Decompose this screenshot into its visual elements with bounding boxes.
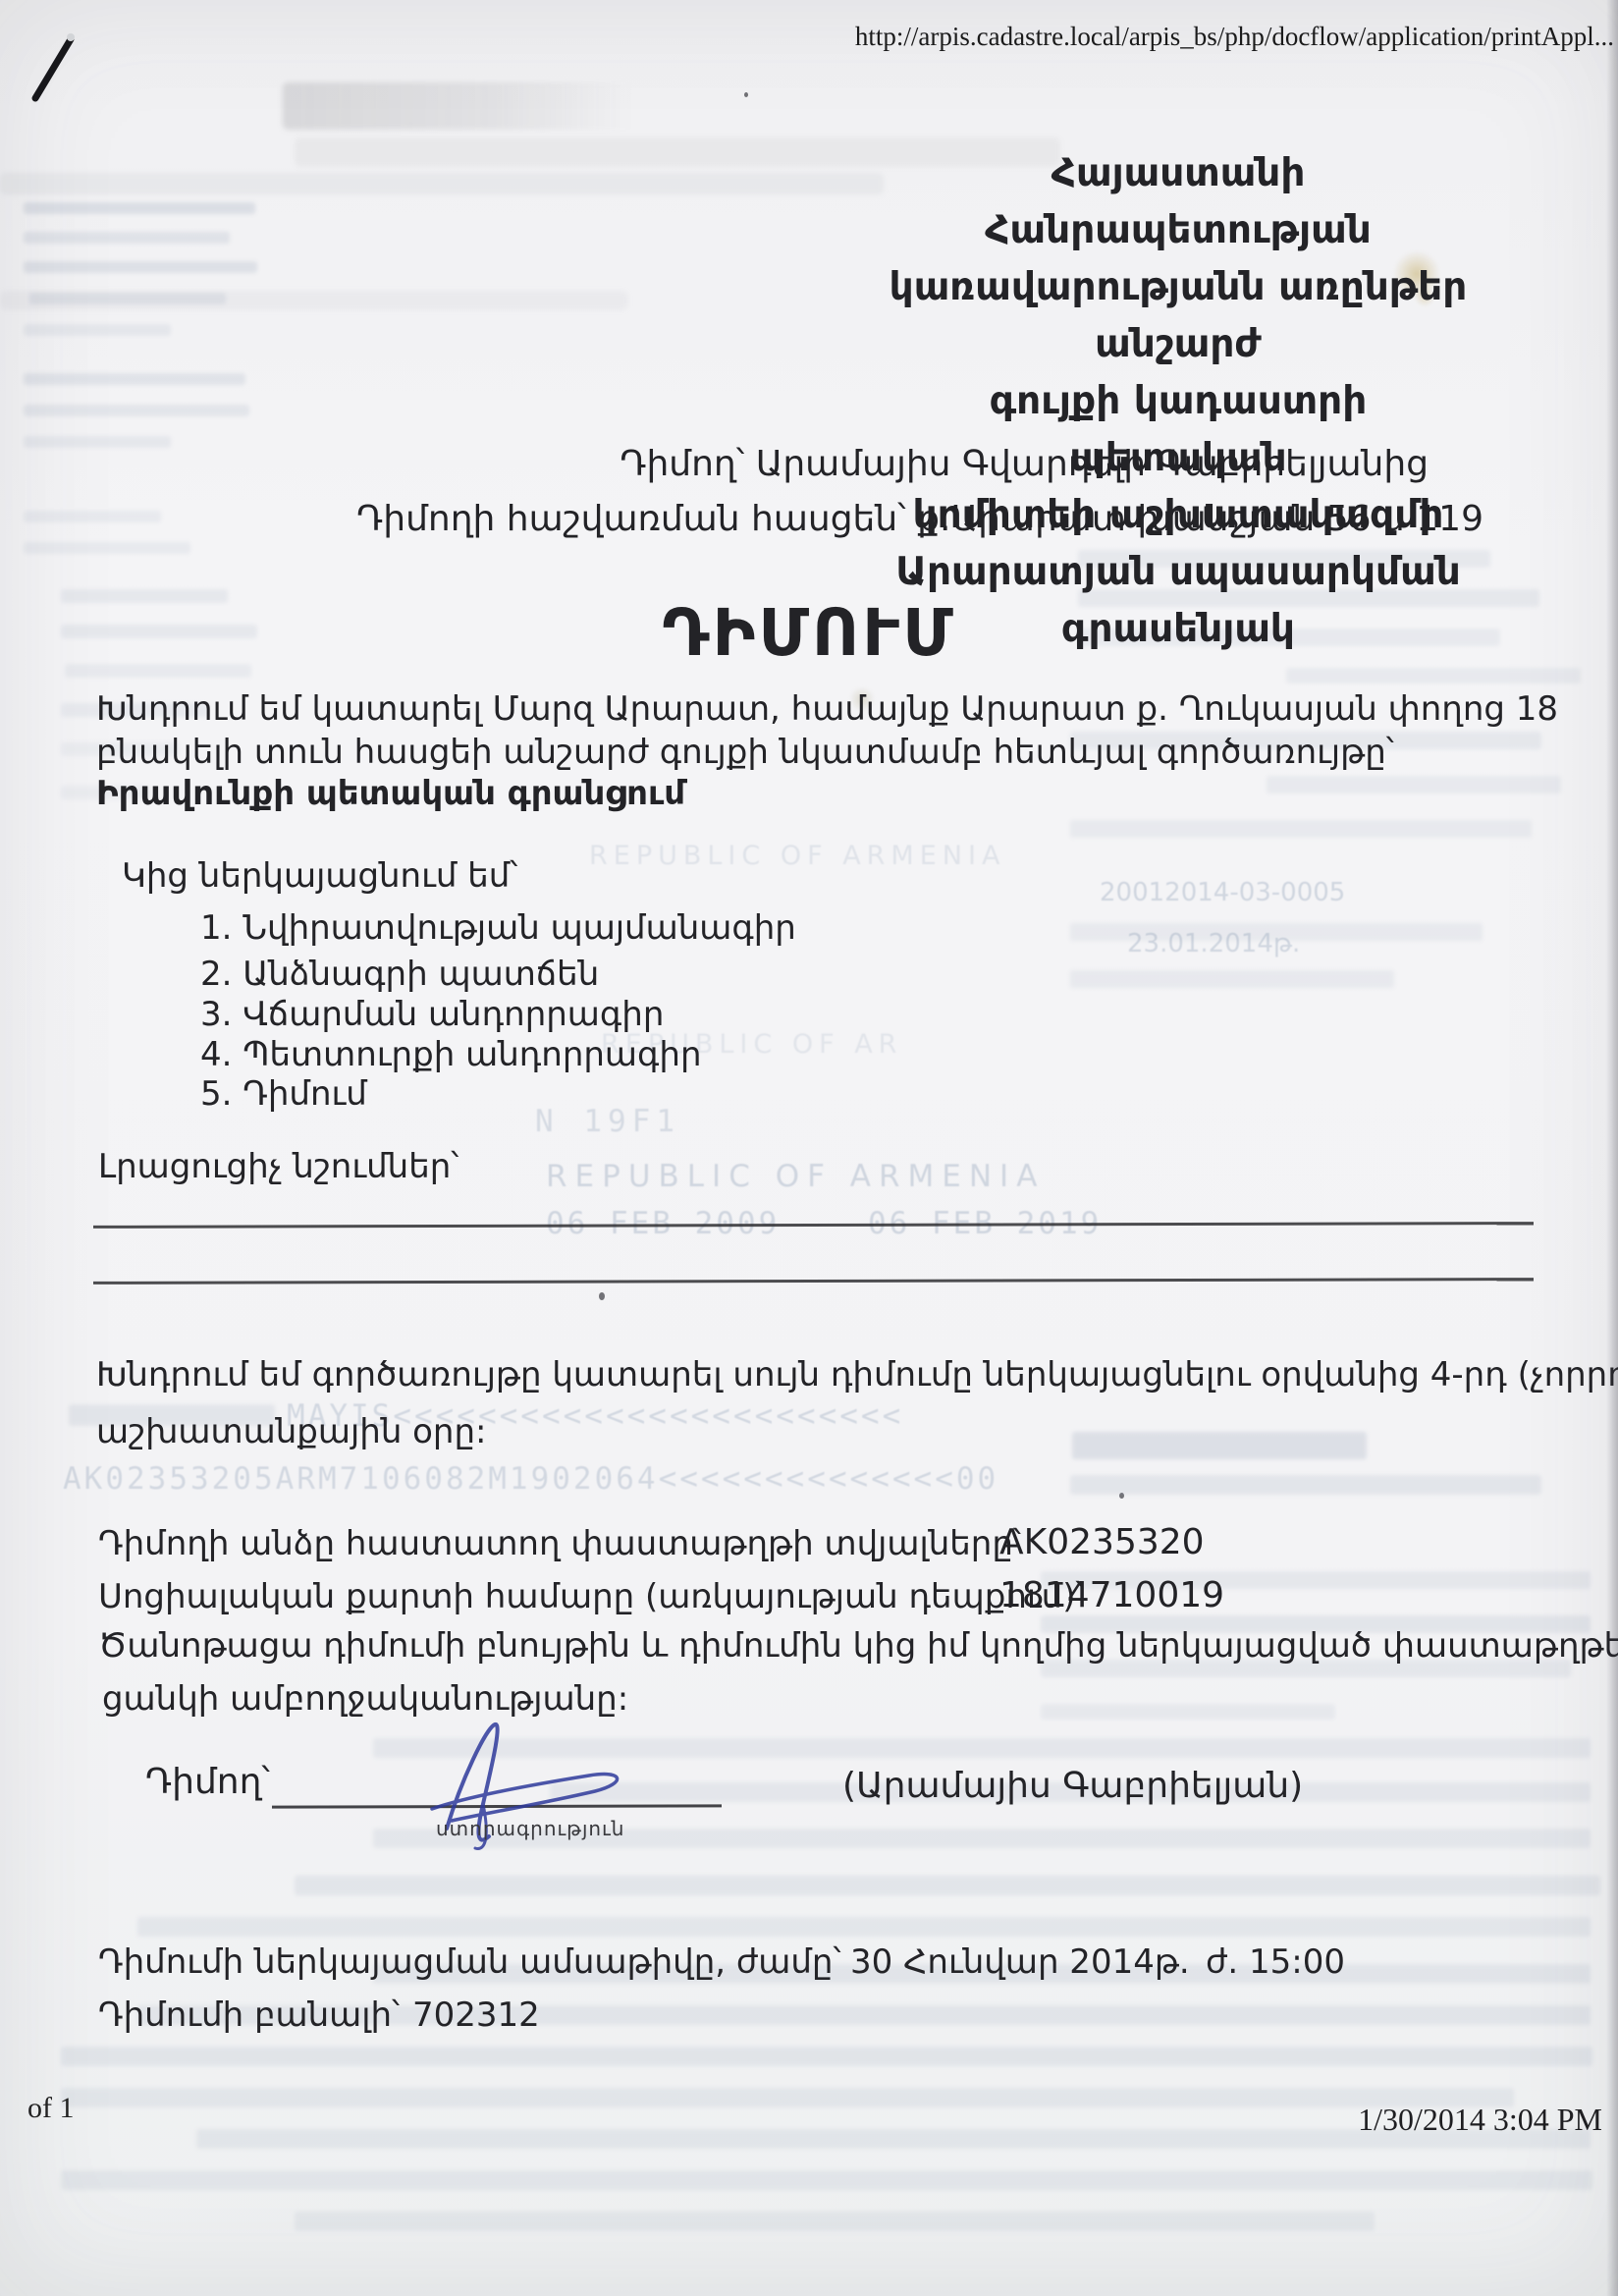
bleed-smudge-line <box>295 2212 1375 2231</box>
attachment-item: 2. Անձնագրի պատճեն <box>200 955 599 994</box>
social-card-label: Սոցիալական քարտի համարը (առկայության դեպ… <box>98 1577 1084 1616</box>
bleed-smudge-line <box>61 2047 1592 2066</box>
applicant-line: Դիմող՝ Արամայիս Գվարդելի Գաբրիելյանից <box>620 444 1429 484</box>
request-line-2: բնակելի տուն հասցեի անշարժ գույքի նկատմա… <box>96 733 1394 772</box>
bleed-mrz-line2: AK02353205ARM7106082M1902064<<<<<<<<<<<<… <box>63 1461 998 1497</box>
pen-mark <box>24 29 92 108</box>
notes-line-2 <box>93 1278 1534 1285</box>
bleed-smudge-line <box>24 542 190 554</box>
signature-caption: ստորագրություն <box>436 1817 624 1840</box>
bleed-smudge-line <box>24 232 230 244</box>
document-title: ԴԻՄՈՒՄ <box>0 595 1618 671</box>
scan-band <box>0 173 884 194</box>
print-footer-page: of 1 <box>27 2092 75 2125</box>
scan-speck <box>599 1292 605 1300</box>
bleed-smudge-line <box>24 373 245 385</box>
bleed-smudge-line <box>61 2088 1514 2107</box>
print-footer-datetime: 1/30/2014 3:04 PM <box>1358 2102 1602 2138</box>
bleed-smudge-line <box>24 436 171 448</box>
bleed-underlined-heading <box>1072 1432 1367 1459</box>
attachment-item: 1. Նվիրատվության պայմանագիր <box>200 908 796 948</box>
id-document-value: AK0235320 <box>999 1522 1205 1562</box>
application-key-value: 702312 <box>412 1995 540 2035</box>
bleed-smudge-line <box>24 324 171 336</box>
bleed-smudge-line <box>295 1876 1600 1895</box>
operation-name: Իրավունքի պետական գրանցում <box>96 774 685 813</box>
scanned-application-document: REPUBLIC OF ARMENIA REPUBLIC OF AR N 19F… <box>0 0 1618 2296</box>
bleed-smudge-line <box>1267 776 1561 793</box>
attachments-intro: Կից ներկայացնում եմ՝ <box>122 856 517 896</box>
print-url: http://arpis.cadastre.local/arpis_bs/php… <box>855 22 1614 52</box>
signature-name: (Արամայիս Գաբրիելյան) <box>842 1766 1303 1806</box>
attachment-item: 5. Դիմում <box>200 1074 367 1114</box>
bleed-ref-number: 20012014-03-0005 <box>1100 878 1345 907</box>
signature-label: Դիմող՝ <box>145 1762 270 1802</box>
scan-edge-shadow <box>1606 0 1618 2296</box>
application-key-label: Դիմումի բանալի՝ <box>98 1995 400 2035</box>
scan-band <box>283 82 634 130</box>
request-line-1: Խնդրում եմ կատարել Մարզ Արարատ, համայնք … <box>96 689 1558 729</box>
acknowledgement-line-1: Ծանոթացա դիմումի բնույթին և դիմումին կից… <box>98 1626 1618 1666</box>
submission-date-value: 30 Հունվար 2014թ. <box>850 1942 1190 1982</box>
bleed-smudge-line <box>1070 1475 1541 1495</box>
submission-time-value: ժ. 15:00 <box>1206 1942 1345 1982</box>
bleed-smudge-line <box>1041 1704 1335 1720</box>
bleed-smudge-line <box>61 2170 1592 2190</box>
bleed-smudge-line <box>1070 820 1532 838</box>
bleed-smudge-line <box>29 293 226 304</box>
deadline-line-2: աշխատանքային օրը: <box>96 1412 486 1451</box>
deadline-line-1: Խնդրում եմ գործառույթը կատարել սույն դիմ… <box>96 1355 1618 1394</box>
bleed-smudge-line <box>1070 970 1394 988</box>
notes-line-1 <box>93 1222 1534 1229</box>
applicant-address-line: Դիմողի հաշվառման հասցեն՝ ք.Արարատ խանջյա… <box>356 499 1483 539</box>
notes-label: Լրացուցիչ նշումներ՝ <box>98 1147 458 1186</box>
attachment-item: 3. Վճարման անդորրագիր <box>200 995 664 1034</box>
bleed-stamp-number: N 19F1 <box>535 1104 680 1139</box>
submission-date-label: Դիմումի ներկայացման ամսաթիվը, ժամը՝ <box>98 1942 841 1982</box>
scan-speck <box>744 92 748 97</box>
bleed-smudge-line <box>24 405 249 416</box>
attachment-item: 4. Պետտուրքի անդորրագիր <box>200 1035 702 1074</box>
bleed-stamp-republic-main: REPUBLIC OF ARMENIA <box>546 1159 1045 1194</box>
social-card-value: 1814710019 <box>999 1575 1224 1615</box>
id-document-label: Դիմողի անձը հաստատող փաստաթղթի տվյալները… <box>98 1524 1021 1563</box>
bleed-smudge-line <box>24 511 161 522</box>
office-header-line: կառավարությանն առընթեր անշարժ <box>884 259 1473 373</box>
bleed-stamp-republic-top: REPUBLIC OF ARMENIA <box>589 841 1005 871</box>
bleed-smudge-line <box>24 202 255 214</box>
bleed-smudge-line <box>137 1917 1591 1937</box>
office-header: Հայաստանի Հանրապետության կառավարությանն … <box>884 145 1473 658</box>
office-header-line: Հայաստանի Հանրապետության <box>884 145 1473 259</box>
bleed-smudge-line <box>24 261 257 273</box>
bleed-smudge-line <box>1070 923 1483 941</box>
